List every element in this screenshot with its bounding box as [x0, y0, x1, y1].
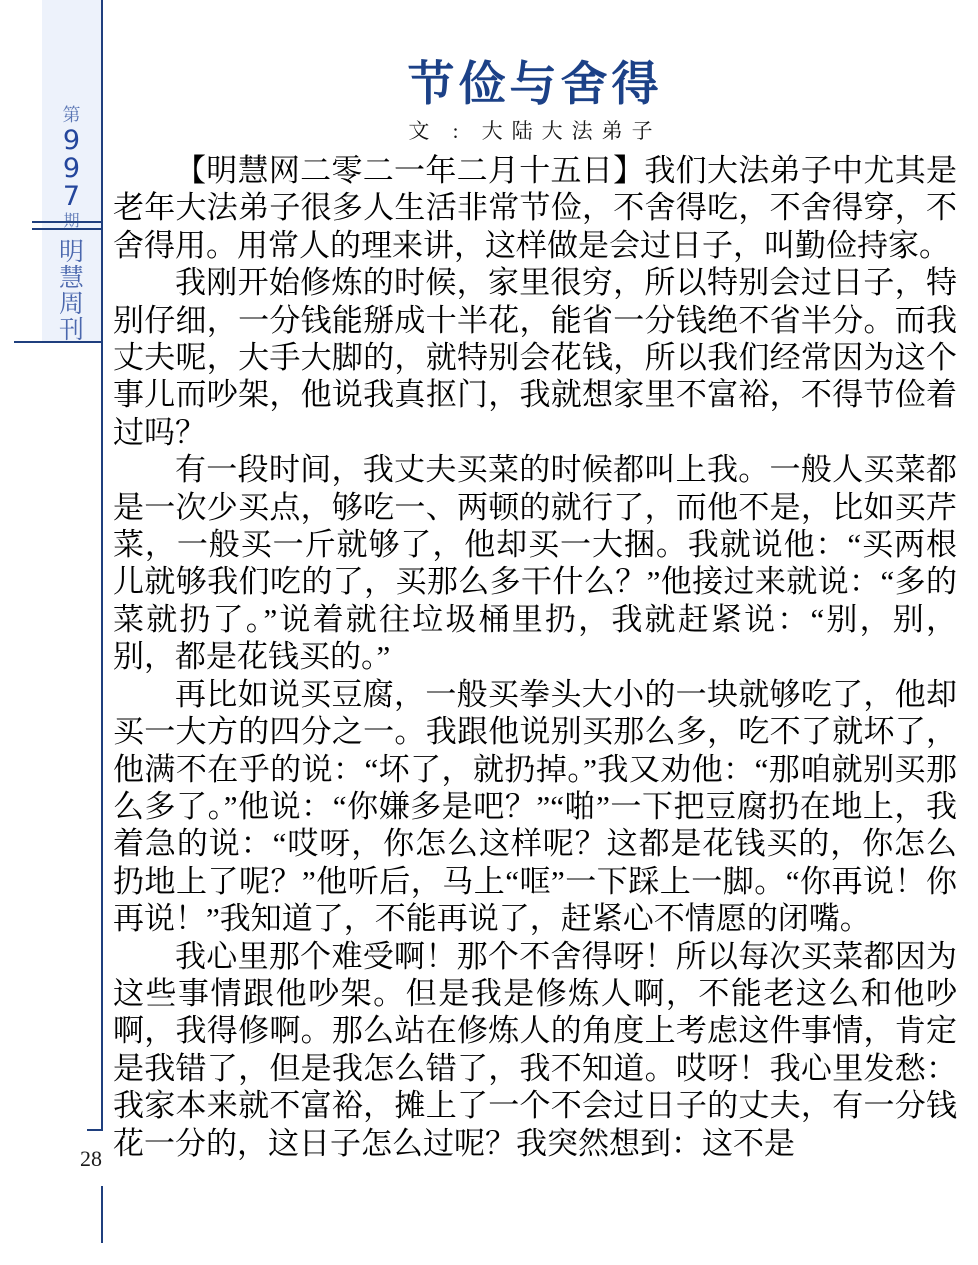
article-paragraph: 我心里那个难受啊！那个不舍得呀！所以每次买菜都因为这些事情跟他吵架。但是我是修炼…	[113, 938, 957, 1162]
issue-digit: 9	[42, 155, 101, 183]
article-paragraph: 【明慧网二零二一年二月十五日】我们大法弟子中尤其是老年大法弟子很多人生活非常节俭…	[113, 152, 957, 264]
sidebar-vertical-rule-tick	[87, 1129, 103, 1131]
issue-digit: 9	[42, 127, 101, 155]
publication-name-vertical: 明 慧 周 刊	[42, 240, 101, 344]
article-page: 节俭与舍得 文 : 大陆大法弟子 【明慧网二零二一年二月十五日】我们大法弟子中尤…	[113, 56, 957, 1162]
article-paragraph: 再比如说买豆腐，一般买拳头大小的一块就够吃了，他却买一大方的四分之一。我跟他说别…	[113, 676, 957, 938]
sidebar-vertical-rule	[101, 0, 103, 1131]
article-byline: 文 : 大陆大法弟子	[113, 118, 957, 144]
sidebar-bottom-rule	[14, 341, 103, 343]
sidebar-double-rule	[32, 221, 103, 230]
publication-char: 明	[42, 240, 101, 266]
issue-prefix-label: 第	[42, 103, 101, 127]
sidebar-vertical-rule-bottom	[101, 1186, 103, 1243]
article-paragraph: 有一段时间，我丈夫买菜的时候都叫上我。一般人买菜都是一次少买点，够吃一、两顿的就…	[113, 451, 957, 675]
article-title: 节俭与舍得	[113, 56, 957, 114]
publication-char: 周	[42, 292, 101, 318]
article-body: 【明慧网二零二一年二月十五日】我们大法弟子中尤其是老年大法弟子很多人生活非常节俭…	[113, 152, 957, 1162]
issue-number-block: 第 9 9 7 期	[42, 103, 101, 233]
article-paragraph: 我刚开始修炼的时候，家里很穷，所以特别会过日子，特别仔细，一分钱能掰成十半花，能…	[113, 264, 957, 451]
issue-digit: 7	[42, 183, 101, 211]
publication-char: 慧	[42, 266, 101, 292]
page-number: 28	[66, 1146, 102, 1172]
